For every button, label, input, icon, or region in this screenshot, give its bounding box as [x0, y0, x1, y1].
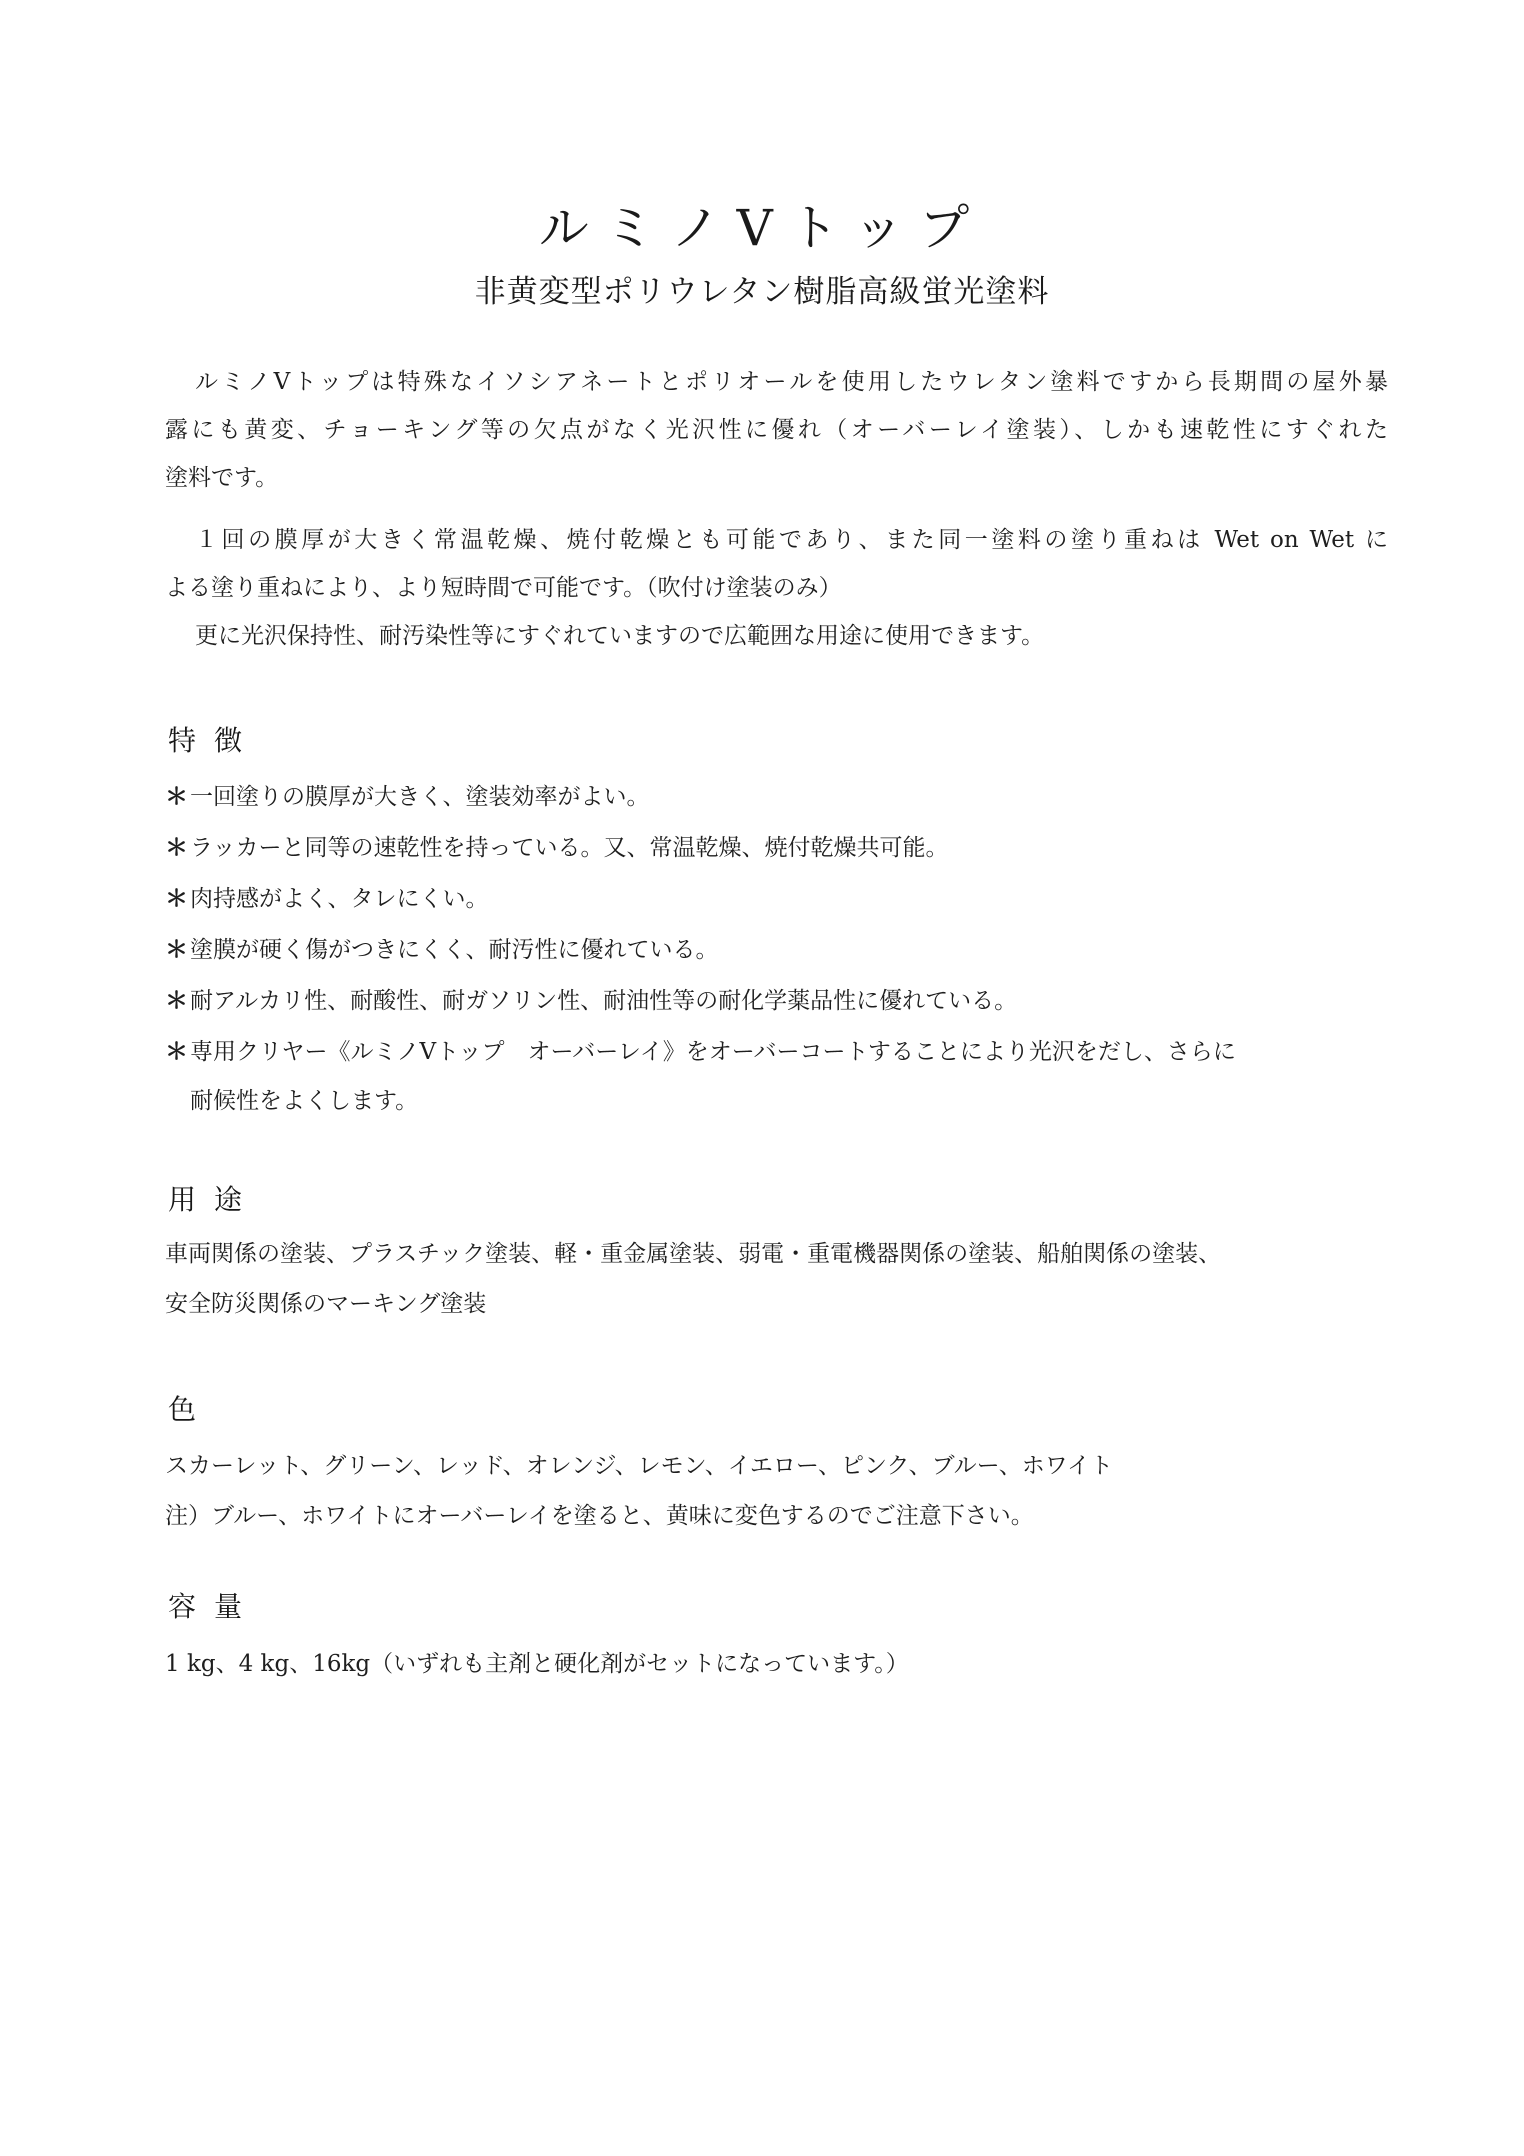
asterisk-bullet-icon: ＊ [165, 886, 188, 912]
asterisk-bullet-icon: ＊ [165, 988, 188, 1014]
feature-item: ＊肉持感がよく、タレにくい。 [165, 885, 489, 913]
feature-item: ＊塗膜が硬く傷がつきにくく、耐汚性に優れている。 [165, 936, 719, 964]
intro-line: １回の膜厚が大きく常温乾燥、焼付乾燥とも可能であり、また同一塗料の塗り重ねは W… [195, 526, 1388, 554]
feature-text: 専用クリヤー《ルミノVトップ オーバーレイ》をオーバーコートすることにより光沢を… [190, 1039, 1236, 1065]
feature-text: ラッカーと同等の速乾性を持っている。又、常温乾燥、焼付乾燥共可能。 [190, 835, 949, 861]
document-subtitle: 非黄変型ポリウレタン樹脂高級蛍光塗料 [0, 272, 1524, 312]
intro-line: 露にも黄変、チョーキング等の欠点がなく光沢性に優れ（オーバーレイ塗装）、しかも速… [165, 416, 1388, 444]
intro-line: よる塗り重ねにより、より短時間で可能です。（吹付け塗装のみ） [165, 574, 842, 602]
colors-heading: 色 [168, 1393, 214, 1427]
asterisk-bullet-icon: ＊ [165, 835, 188, 861]
intro-line: 更に光沢保持性、耐汚染性等にすぐれていますので広範囲な用途に使用できます。 [195, 622, 1044, 650]
uses-line: 車両関係の塗装、プラスチック塗装、軽・重金属塗装、弱電・重電機器関係の塗装、船舶… [165, 1240, 1221, 1268]
feature-text: 一回塗りの膜厚が大きく、塗装効率がよい。 [190, 784, 650, 810]
document-title: ルミノVトップ [0, 198, 1524, 258]
intro-line: 塗料です。 [165, 464, 278, 492]
feature-text: 肉持感がよく、タレにくい。 [190, 886, 489, 912]
document-page: ルミノVトップ 非黄変型ポリウレタン樹脂高級蛍光塗料 ルミノVトップは特殊なイソ… [0, 0, 1524, 2156]
feature-text: 耐アルカリ性、耐酸性、耐ガソリン性、耐油性等の耐化学薬品性に優れている。 [190, 988, 1017, 1014]
uses-heading: 用途 [168, 1183, 260, 1217]
feature-item: ＊耐アルカリ性、耐酸性、耐ガソリン性、耐油性等の耐化学薬品性に優れている。 [165, 987, 1017, 1015]
features-heading: 特徴 [168, 724, 260, 758]
capacity-line: 1 kg、4 kg、16kg（いずれも主剤と硬化剤がセットになっています。） [165, 1650, 909, 1678]
asterisk-bullet-icon: ＊ [165, 784, 188, 810]
feature-item: ＊ラッカーと同等の速乾性を持っている。又、常温乾燥、焼付乾燥共可能。 [165, 834, 949, 862]
feature-item: ＊専用クリヤー《ルミノVトップ オーバーレイ》をオーバーコートすることにより光沢… [165, 1038, 1236, 1066]
colors-note: 注）ブルー、ホワイトにオーバーレイを塗ると、黄味に変色するのでご注意下さい。 [165, 1502, 1034, 1530]
asterisk-bullet-icon: ＊ [165, 937, 188, 963]
feature-continuation: 耐候性をよくします。 [190, 1087, 418, 1115]
intro-line: ルミノVトップは特殊なイソシアネートとポリオールを使用したウレタン塗料ですから長… [195, 368, 1388, 396]
colors-line: スカーレット、グリーン、レッド、オレンジ、レモン、イエロー、ピンク、ブルー、ホワ… [165, 1452, 1113, 1480]
uses-line: 安全防災関係のマーキング塗装 [165, 1290, 486, 1318]
asterisk-bullet-icon: ＊ [165, 1039, 188, 1065]
feature-text: 塗膜が硬く傷がつきにくく、耐汚性に優れている。 [190, 937, 719, 963]
feature-item: ＊一回塗りの膜厚が大きく、塗装効率がよい。 [165, 783, 650, 811]
capacity-heading: 容量 [168, 1590, 260, 1624]
